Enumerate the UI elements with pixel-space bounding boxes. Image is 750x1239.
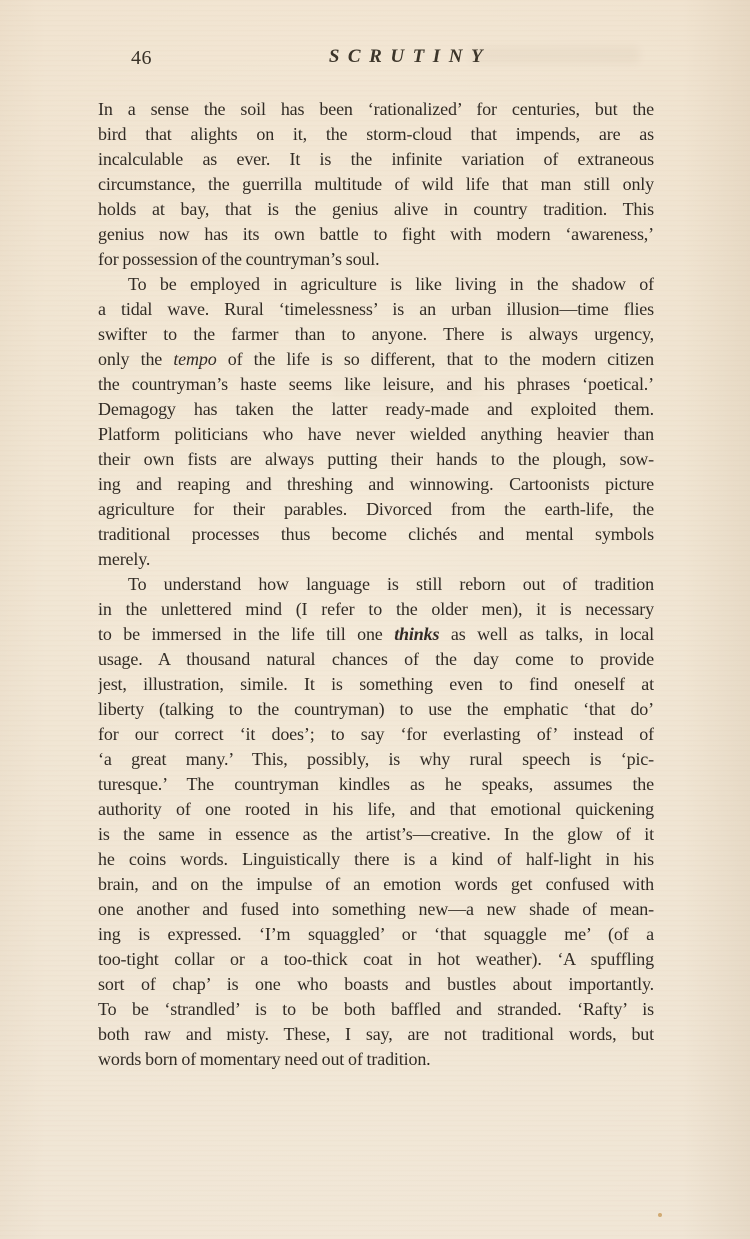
text-line: one another and fused into something new…: [98, 897, 654, 922]
text-line: a tidal wave. Rural ‘timelessness’ is an…: [98, 297, 654, 322]
text-line: sort of chap’ is one who boasts and bust…: [98, 972, 654, 997]
body-text: as well as talks, in local: [439, 624, 654, 644]
document-page: 46 SCRUTINY In a sense the soil has been…: [0, 0, 750, 1239]
emphasized-text: tempo: [173, 349, 216, 369]
body-text: to be immersed in the life till one: [98, 624, 394, 644]
body-text: Platform politicians who have never wiel…: [98, 424, 654, 444]
body-text: agriculture for their parables. Divorced…: [98, 499, 654, 519]
paragraph: In a sense the soil has been ‘rationaliz…: [98, 97, 654, 272]
text-line: Demagogy has taken the latter ready-made…: [98, 397, 654, 422]
page-header: 46 SCRUTINY: [0, 46, 750, 72]
body-text: jest, illustration, simile. It is someth…: [98, 674, 654, 694]
text-line: In a sense the soil has been ‘rationaliz…: [98, 97, 654, 122]
body-text: words born of momentary need out of trad…: [98, 1049, 431, 1069]
text-line: ‘a great many.’ This, possibly, is why r…: [98, 747, 654, 772]
text-line: too-tight collar or a too-thick coat in …: [98, 947, 654, 972]
text-line: holds at bay, that is the genius alive i…: [98, 197, 654, 222]
body-text: merely.: [98, 549, 150, 569]
text-line: traditional processes thus become cliché…: [98, 522, 654, 547]
text-line: To be ‘strandled’ is to be both baffled …: [98, 997, 654, 1022]
body-text: in the unlettered mind (I refer to the o…: [98, 599, 654, 619]
body-text: brain, and on the impulse of an emotion …: [98, 874, 654, 894]
body-text: holds at bay, that is the genius alive i…: [98, 199, 654, 219]
body-text: liberty (talking to the countryman) to u…: [98, 699, 654, 719]
text-line: liberty (talking to the countryman) to u…: [98, 697, 654, 722]
paragraph: To be employed in agriculture is like li…: [98, 272, 654, 572]
text-line: their own fists are always putting their…: [98, 447, 654, 472]
paper-speck: [658, 1213, 662, 1217]
body-text: for our correct ‘it does’; to say ‘for e…: [98, 724, 654, 744]
body-text: incalculable as ever. It is the infinite…: [98, 149, 654, 169]
body-text: the countryman’s haste seems like leisur…: [98, 374, 654, 394]
body-text: bird that alights on it, the storm-cloud…: [98, 124, 654, 144]
text-line: only the tempo of the life is so differe…: [98, 347, 654, 372]
body-text: sort of chap’ is one who boasts and bust…: [98, 974, 654, 994]
text-line: to be immersed in the life till one thin…: [98, 622, 654, 647]
body-text: authority of one rooted in his life, and…: [98, 799, 654, 819]
text-block: In a sense the soil has been ‘rationaliz…: [98, 97, 654, 1072]
text-line: ing is expressed. ‘I’m squaggled’ or ‘th…: [98, 922, 654, 947]
body-text: both raw and misty. These, I say, are no…: [98, 1024, 654, 1044]
body-text: usage. A thousand natural chances of the…: [98, 649, 654, 669]
body-text: a tidal wave. Rural ‘timelessness’ is an…: [98, 299, 654, 319]
text-line: agriculture for their parables. Divorced…: [98, 497, 654, 522]
text-line: merely.: [98, 547, 654, 572]
body-text: circumstance, the guerrilla multitude of…: [98, 174, 654, 194]
text-line: Platform politicians who have never wiel…: [98, 422, 654, 447]
text-line: swifter to the farmer than to anyone. Th…: [98, 322, 654, 347]
body-text: genius now has its own battle to fight w…: [98, 224, 654, 244]
body-text: he coins words. Linguistically there is …: [98, 849, 654, 869]
text-line: genius now has its own battle to fight w…: [98, 222, 654, 247]
text-line: for possession of the countryman’s soul.: [98, 247, 654, 272]
body-text: too-tight collar or a too-thick coat in …: [98, 949, 654, 969]
body-text: ing is expressed. ‘I’m squaggled’ or ‘th…: [98, 924, 654, 944]
text-line: bird that alights on it, the storm-cloud…: [98, 122, 654, 147]
text-line: usage. A thousand natural chances of the…: [98, 647, 654, 672]
body-text: ‘a great many.’ This, possibly, is why r…: [98, 749, 654, 769]
text-line: in the unlettered mind (I refer to the o…: [98, 597, 654, 622]
body-text: one another and fused into something new…: [98, 899, 654, 919]
text-line: incalculable as ever. It is the infinite…: [98, 147, 654, 172]
text-line: To be employed in agriculture is like li…: [98, 272, 654, 297]
text-line: jest, illustration, simile. It is someth…: [98, 672, 654, 697]
body-text: ing and reaping and threshing and winnow…: [98, 474, 654, 494]
text-line: both raw and misty. These, I say, are no…: [98, 1022, 654, 1047]
running-title: SCRUTINY: [70, 46, 750, 68]
text-line: he coins words. Linguistically there is …: [98, 847, 654, 872]
body-text: To be employed in agriculture is like li…: [128, 274, 654, 294]
text-line: ing and reaping and threshing and winnow…: [98, 472, 654, 497]
text-line: for our correct ‘it does’; to say ‘for e…: [98, 722, 654, 747]
body-text: their own fists are always putting their…: [98, 449, 654, 469]
text-line: brain, and on the impulse of an emotion …: [98, 872, 654, 897]
body-text: of the life is so different, that to the…: [217, 349, 654, 369]
text-line: words born of momentary need out of trad…: [98, 1047, 654, 1072]
text-line: is the same in essence as the artist’s—c…: [98, 822, 654, 847]
body-text: To understand how language is still rebo…: [128, 574, 654, 594]
paragraph: To understand how language is still rebo…: [98, 572, 654, 1072]
body-text: turesque.’ The countryman kindles as he …: [98, 774, 654, 794]
body-text: for possession of the countryman’s soul.: [98, 249, 379, 269]
text-line: circumstance, the guerrilla multitude of…: [98, 172, 654, 197]
body-text: To be ‘strandled’ is to be both baffled …: [98, 999, 654, 1019]
body-text: is the same in essence as the artist’s—c…: [98, 824, 654, 844]
body-text: Demagogy has taken the latter ready-made…: [98, 399, 654, 419]
text-line: To understand how language is still rebo…: [98, 572, 654, 597]
body-text: traditional processes thus become cliché…: [98, 524, 654, 544]
body-text: In a sense the soil has been ‘rationaliz…: [98, 99, 654, 119]
text-line: the countryman’s haste seems like leisur…: [98, 372, 654, 397]
body-text: only the: [98, 349, 173, 369]
text-line: authority of one rooted in his life, and…: [98, 797, 654, 822]
emphasized-text: thinks: [394, 624, 439, 644]
body-text: swifter to the farmer than to anyone. Th…: [98, 324, 654, 344]
text-line: turesque.’ The countryman kindles as he …: [98, 772, 654, 797]
